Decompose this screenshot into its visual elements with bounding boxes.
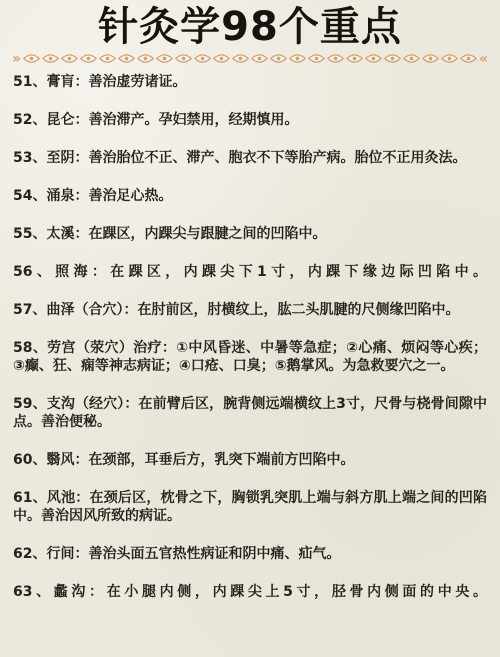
lens-ornament-icon — [99, 54, 116, 63]
lens-ornament-icon — [156, 54, 173, 63]
lens-ornament-icon — [118, 54, 135, 63]
list-item: 59、支沟（经穴）：在前臂后区，腕背侧远端横纹上3寸，尺骨与桡骨间隙中点。善治便… — [13, 395, 487, 431]
lens-ornament-icon — [80, 54, 97, 63]
divider-start-chevron-icon: » — [12, 52, 21, 66]
lens-ornament-icon — [42, 54, 59, 63]
list-item: 55、太溪：在踝区，内踝尖与跟腱之间的凹陷中。 — [13, 225, 487, 243]
lens-ornament-icon — [289, 54, 306, 63]
ornament-divider: » « — [12, 53, 488, 65]
lens-ornament-icon — [384, 54, 401, 63]
list-item: 58、劳宫（荥穴）治疗：①中风昏迷、中暑等急症；②心痛、烦闷等心疾；③癫、狂、痫… — [13, 339, 487, 375]
lens-ornament-icon — [460, 54, 477, 63]
lens-ornament-icon — [270, 54, 287, 63]
key-points-list: 51、膏肓：善治虚劳诸证。52、昆仑：善治滞产。孕妇禁用，经期慎用。53、至阴：… — [0, 73, 500, 601]
lens-ornament-icon — [61, 54, 78, 63]
lens-ornament-icon — [251, 54, 268, 63]
list-item: 52、昆仑：善治滞产。孕妇禁用，经期慎用。 — [13, 111, 487, 129]
list-item: 51、膏肓：善治虚劳诸证。 — [13, 73, 487, 91]
lens-ornament-icon — [346, 54, 363, 63]
list-item: 57、曲泽（合穴）：在肘前区，肘横纹上，肱二头肌腱的尺侧缘凹陷中。 — [13, 301, 487, 319]
lens-ornament-icon — [23, 54, 40, 63]
lens-ornament-icon — [403, 54, 420, 63]
lens-ornament-icon — [232, 54, 249, 63]
lens-ornament-icon — [441, 54, 458, 63]
lens-ornament-icon — [308, 54, 325, 63]
lens-ornament-icon — [175, 54, 192, 63]
lens-ornament-icon — [213, 54, 230, 63]
lens-ornament-icon — [137, 54, 154, 63]
lens-ornament-icon — [194, 54, 211, 63]
lens-ornament-icon — [422, 54, 439, 63]
lens-ornament-icon — [327, 54, 344, 63]
divider-end-chevron-icon: « — [479, 52, 488, 66]
list-item: 53、至阴：善治胎位不正、滞产、胞衣不下等胎产病。胎位不正用灸法。 — [13, 149, 487, 167]
list-item: 60、翳风：在颈部，耳垂后方，乳突下端前方凹陷中。 — [13, 451, 487, 469]
list-item: 61、风池：在颈后区，枕骨之下，胸锁乳突肌上端与斜方肌上端之间的凹陷中。善治因风… — [13, 489, 487, 525]
list-item: 63、蠡沟：在小腿内侧，内踝尖上5寸，胫骨内侧面的中央。 — [13, 583, 487, 601]
page: 针灸学98个重点 » « 51、膏肓：善治虚劳诸证。52、昆仑：善治滞产。孕妇禁… — [0, 0, 500, 657]
list-item: 54、涌泉：善治足心热。 — [13, 187, 487, 205]
divider-ornament-row — [21, 54, 479, 63]
list-item: 62、行间：善治头面五官热性病证和阴中痛、疝气。 — [13, 545, 487, 563]
list-item: 56、照海：在踝区，内踝尖下1寸，内踝下缘边际凹陷中。 — [13, 263, 487, 281]
page-title: 针灸学98个重点 — [0, 5, 500, 50]
lens-ornament-icon — [365, 54, 382, 63]
